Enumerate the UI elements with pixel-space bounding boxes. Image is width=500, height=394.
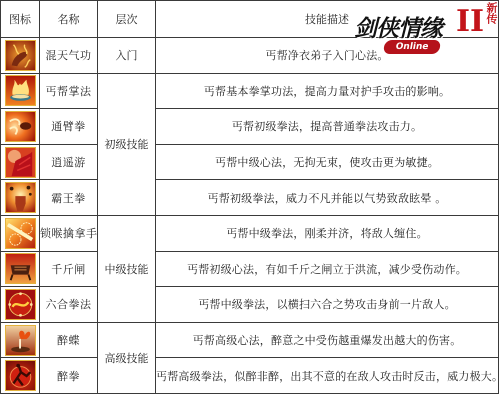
table-row: 醉拳 丐帮高级拳法，似醉非醉，出其不意的在敌人攻击时反击，威力极大。 bbox=[1, 358, 499, 394]
table-row: 混天气功 入门 丐帮净衣弟子入门心法。 bbox=[1, 38, 499, 74]
skill-name: 醉拳 bbox=[40, 358, 98, 394]
skill-name: 醉蝶 bbox=[40, 322, 98, 358]
table-row: 六合拳法 丐帮中级拳法，以横扫六合之势攻击身前一片敌人。 bbox=[1, 287, 499, 323]
skill-name: 千斤闸 bbox=[40, 251, 98, 287]
skills-table: 图标 名称 层次 技能描述 混天气功 入门 丐帮净衣弟子入门心法。 bbox=[0, 0, 499, 394]
swirl-fist-icon bbox=[5, 111, 36, 142]
skill-name: 通臂拳 bbox=[40, 109, 98, 145]
skill-description: 丐帮初级拳法，提高普通拳法攻击力。 bbox=[156, 109, 499, 145]
icon-cell bbox=[1, 215, 40, 251]
header-icon: 图标 bbox=[1, 1, 40, 38]
icon-cell bbox=[1, 322, 40, 358]
table-row: 千斤闸 丐帮初级心法，有如千斤之闸立于洪流，减少受伤动作。 bbox=[1, 251, 499, 287]
tier-cell-advanced: 高级技能 bbox=[98, 322, 156, 393]
red-cloak-icon bbox=[5, 147, 36, 178]
skill-name: 逍遥游 bbox=[40, 144, 98, 180]
icon-cell bbox=[1, 287, 40, 323]
icon-cell bbox=[1, 73, 40, 109]
skill-name: 丐帮掌法 bbox=[40, 73, 98, 109]
icon-cell bbox=[1, 109, 40, 145]
skill-description: 丐帮中级心法，无拘无束，使攻击更为敏捷。 bbox=[156, 144, 499, 180]
fist-flame-icon bbox=[5, 40, 36, 71]
tier-cell-entry: 入门 bbox=[98, 38, 156, 74]
skill-description: 丐帮中级拳法，刚柔并济，将敌人缠住。 bbox=[156, 215, 499, 251]
skill-description: 丐帮初级拳法，威力不凡并能以气势致敌眩晕 。 bbox=[156, 180, 499, 216]
table-row: 丐帮掌法 初级技能 丐帮基本拳掌功法，提高力量对护手攻击的影响。 bbox=[1, 73, 499, 109]
header-tier: 层次 bbox=[98, 1, 156, 38]
skill-name: 锁喉擒拿手 bbox=[40, 215, 98, 251]
header-row: 图标 名称 层次 技能描述 bbox=[1, 1, 499, 38]
header-description: 技能描述 bbox=[156, 1, 499, 38]
skill-description: 丐帮高级拳法，似醉非醉，出其不意的在敌人攻击时反击，威力极大。 bbox=[156, 358, 499, 394]
skill-description: 丐帮基本拳掌功法，提高力量对护手攻击的影响。 bbox=[156, 73, 499, 109]
iron-gate-icon bbox=[5, 253, 36, 284]
chain-strike-icon bbox=[5, 218, 36, 249]
table-row: 通臂拳 丐帮初级拳法，提高普通拳法攻击力。 bbox=[1, 109, 499, 145]
raised-fist-icon bbox=[5, 182, 36, 213]
icon-cell bbox=[1, 251, 40, 287]
skill-description: 丐帮初级心法，有如千斤之闸立于洪流，减少受伤动作。 bbox=[156, 251, 499, 287]
skill-description: 丐帮净衣弟子入门心法。 bbox=[156, 38, 499, 74]
icon-cell bbox=[1, 38, 40, 74]
six-harmony-ring-icon bbox=[5, 289, 36, 320]
table-row: 醉蝶 高级技能 丐帮高级心法，醉意之中受伤越重爆发出越大的伤害。 bbox=[1, 322, 499, 358]
butterfly-icon bbox=[5, 325, 36, 356]
header-name: 名称 bbox=[40, 1, 98, 38]
skill-description: 丐帮中级拳法，以横扫六合之势攻击身前一片敌人。 bbox=[156, 287, 499, 323]
skill-description: 丐帮高级心法，醉意之中受伤越重爆发出越大的伤害。 bbox=[156, 322, 499, 358]
flame-bowl-icon bbox=[5, 75, 36, 106]
skill-name: 六合拳法 bbox=[40, 287, 98, 323]
drunken-fighter-icon bbox=[5, 360, 36, 391]
table-row: 霸王拳 丐帮初级拳法，威力不凡并能以气势致敌眩晕 。 bbox=[1, 180, 499, 216]
tier-cell-beginner: 初级技能 bbox=[98, 73, 156, 215]
skill-name: 混天气功 bbox=[40, 38, 98, 74]
table-row: 逍遥游 丐帮中级心法，无拘无束，使攻击更为敏捷。 bbox=[1, 144, 499, 180]
skill-name: 霸王拳 bbox=[40, 180, 98, 216]
icon-cell bbox=[1, 180, 40, 216]
tier-cell-intermediate: 中级技能 bbox=[98, 215, 156, 322]
icon-cell bbox=[1, 358, 40, 394]
icon-cell bbox=[1, 144, 40, 180]
table-row: 锁喉擒拿手 中级技能 丐帮中级拳法，刚柔并济，将敌人缠住。 bbox=[1, 215, 499, 251]
